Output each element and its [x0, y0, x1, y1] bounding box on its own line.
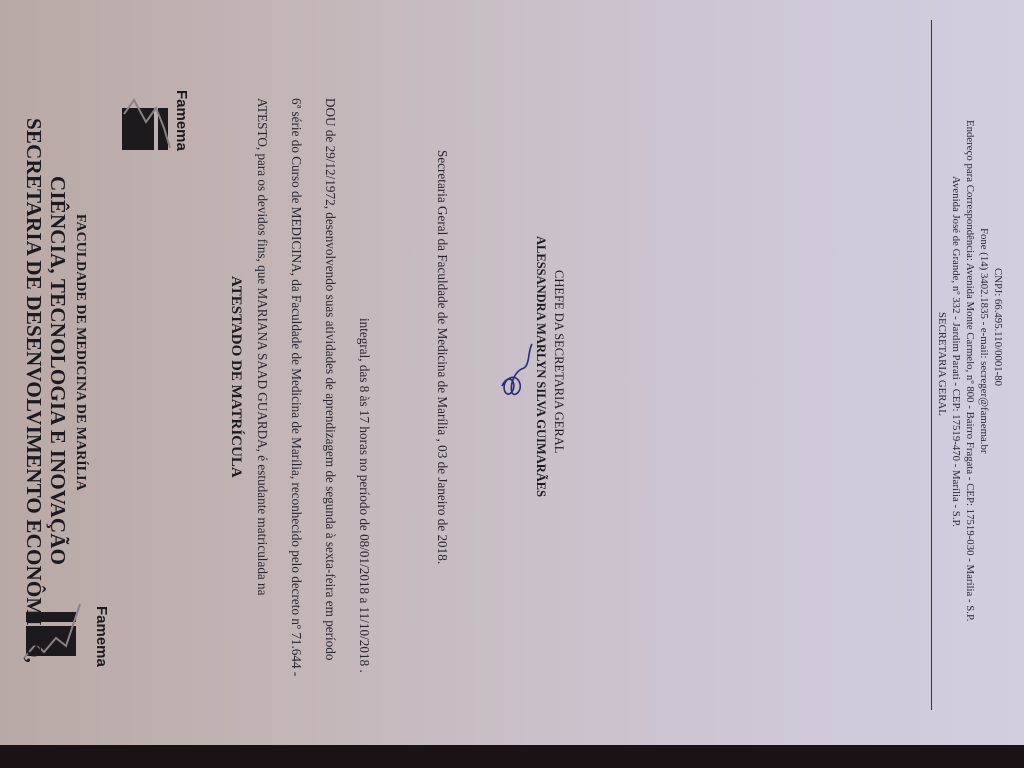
footer-cnpj: CNPJ: 66.495.110/0001-80	[992, 268, 1004, 386]
place-date: Secretaria Geral da Faculdade de Medicin…	[434, 150, 450, 564]
logo-zigzag-icon	[120, 88, 180, 158]
header-line-3: FACULDADE DE MEDICINA DE MARÍLIA	[72, 214, 88, 491]
document-title: ATESTADO DE MATRÍCULA	[227, 276, 244, 478]
paragraph-line-4: integral, das 8 às 17 horas no período d…	[356, 318, 372, 673]
signatory-role: CHEFE DA SECRETARIA GERAL	[551, 270, 566, 453]
footer-correspondence: Endereço para Correspondência: Avenida M…	[964, 120, 976, 621]
paragraph-line-3: DOU de 29/12/1972, desenvolvendo suas at…	[322, 98, 338, 660]
footer-department: SECRETARIA GERAL	[936, 312, 948, 416]
paragraph-line-1: ATESTO, para os devidos fins, que MARIAN…	[254, 98, 270, 596]
signatory-name: ALESSANDRA MARLYN SILVA GUIMARÃES	[533, 236, 548, 497]
document-page: Famema Famema SECRETARIA DE DESENVOLVIME…	[0, 0, 1024, 745]
footer-address: Avenida José de Grande, nº 332 - Jardim …	[950, 176, 962, 527]
header-line-1: SECRETARIA DE DESENVOLVIMENTO ECONÔMICO,	[21, 118, 46, 663]
paragraph-line-2: 6ª série do Curso de MEDICINA, da Faculd…	[288, 98, 304, 676]
signature-scribble-icon	[498, 342, 538, 402]
header-line-2: CIÊNCIA, TECNOLOGIA E INOVAÇÃO	[45, 176, 70, 565]
footer-contact: Fone (14) 3402.1835 - e-mail: secreger@f…	[978, 228, 990, 454]
logo-wordmark: Famema	[93, 606, 110, 667]
footer-divider	[931, 20, 932, 710]
famema-logo-side: Famema	[120, 88, 190, 168]
logo-wordmark: Famema	[173, 90, 190, 151]
